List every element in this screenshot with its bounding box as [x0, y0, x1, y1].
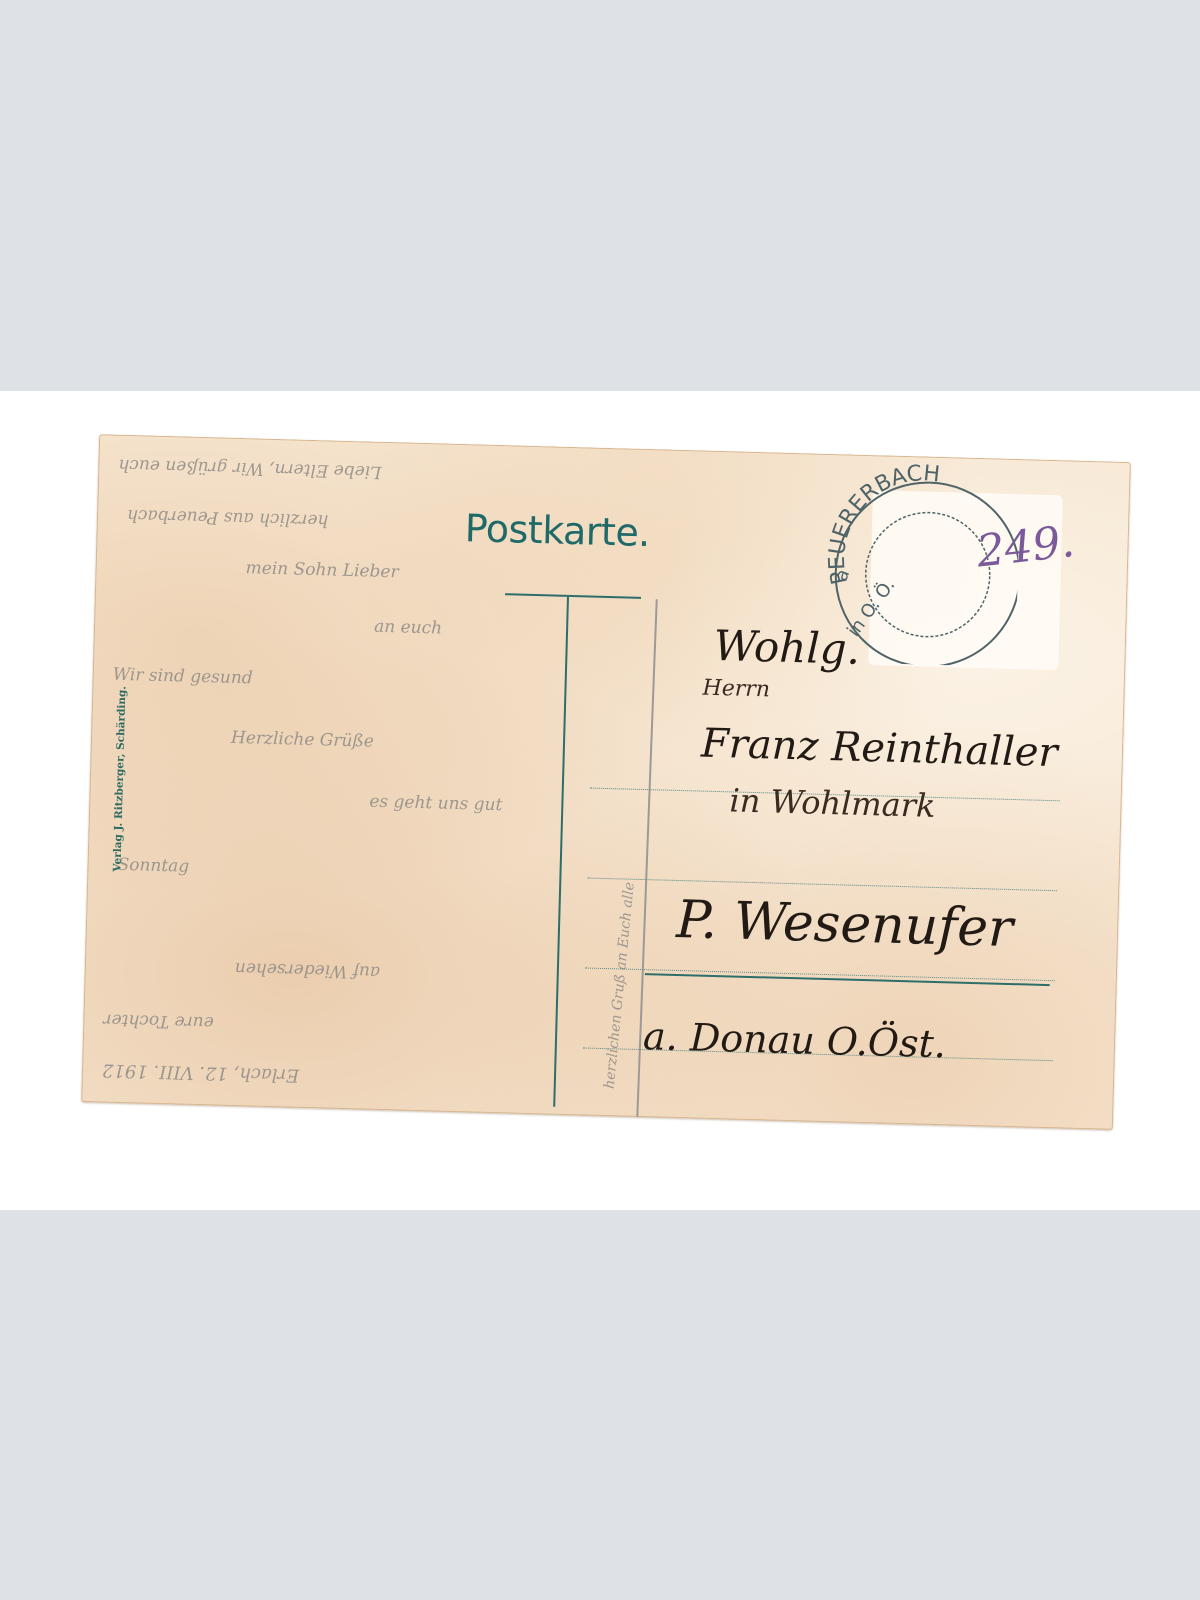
message-line: an euch	[374, 617, 442, 639]
address-location: in Wohlmark	[729, 781, 936, 825]
address-honorific: Herrn	[702, 676, 770, 703]
title-underline	[505, 593, 641, 599]
message-line: eure Tochter	[103, 1009, 214, 1032]
violet-handwritten-number: 249.	[974, 516, 1077, 578]
message-line: auf Wiedersehen	[235, 958, 381, 982]
address-region: a. Donau O.Öst.	[643, 1014, 947, 1066]
postcard-title: Postkarte.	[464, 506, 650, 555]
message-line: Wir sind gesund	[112, 665, 252, 689]
date-line: Erlach, 12. VIII. 1912	[102, 1059, 300, 1085]
margin-pencil-note: herzlichen Gruß an Euch alle	[602, 881, 638, 1089]
message-line: Herzliche Grüße	[231, 728, 374, 752]
address-post-office: P. Wesenufer	[675, 890, 1013, 959]
address-salutation: Wohlg.	[713, 621, 861, 674]
postcard: Liebe Eltern, Wir grüßen euch herzlich a…	[81, 434, 1131, 1130]
message-line: mein Sohn Lieber	[245, 558, 399, 582]
message-line: herzlich aus Peuerbach	[127, 505, 329, 530]
address-dotted-line	[587, 878, 1057, 892]
message-line: es geht uns gut	[369, 792, 503, 816]
message-line: Sonntag	[117, 855, 189, 877]
address-name: Franz Reinthaller	[700, 721, 1058, 777]
message-line: Liebe Eltern, Wir grüßen euch	[118, 455, 382, 482]
divider-line	[553, 597, 569, 1107]
